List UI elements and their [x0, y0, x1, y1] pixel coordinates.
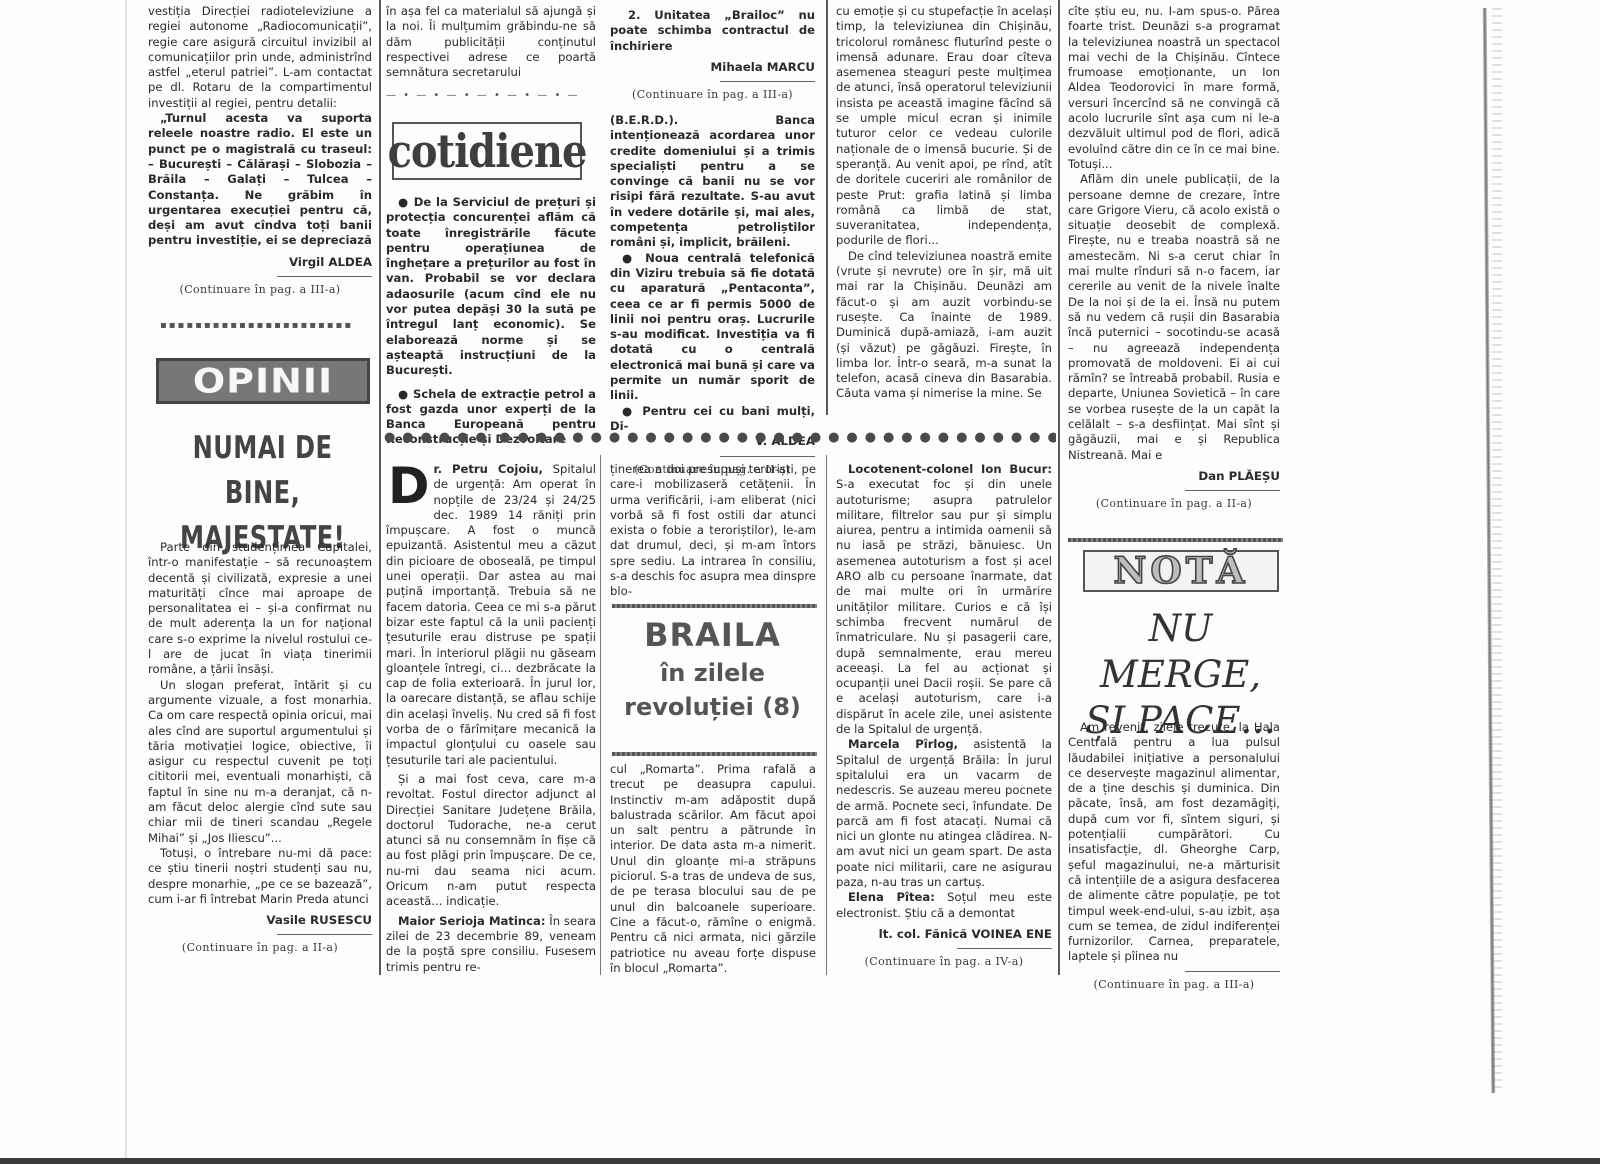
cotidiene-column-a: ● De la Serviciul de prețuri și protecți…	[386, 195, 596, 448]
signature-rule	[1185, 971, 1280, 972]
article-nota-body: Am revenit, zilele trecute, la Hala Cent…	[1068, 720, 1280, 992]
title-rule-bottom	[612, 752, 817, 756]
news-item: (B.E.R.D.). Banca intenționează acordare…	[610, 113, 815, 251]
headline-line: NU MERGE,	[1068, 606, 1293, 698]
paragraph: Un slogan preferat, întărit și cu argume…	[148, 678, 372, 846]
ornament-divider: — • — • — • — • — • — • —	[386, 90, 598, 101]
paragraph: vestiția Direcției radioteleviziune a re…	[148, 4, 372, 111]
paragraph: Aflăm din unele publicații, de la persoa…	[1068, 172, 1280, 463]
speaker-name: r. Petru Cojoiu,	[434, 462, 543, 476]
headline-line: BRAILA	[605, 614, 820, 656]
column-rule	[1058, 0, 1060, 520]
signature-rule	[720, 81, 815, 82]
paragraph: cu emoție și cu stupefacție în același t…	[836, 4, 1052, 249]
paragraph: în așa fel ca materialul să ajungă și la…	[386, 4, 596, 80]
section-header-text: cotidiene	[388, 124, 587, 178]
speaker-name: Locotenent-colonel Ion Bucur:	[848, 462, 1052, 476]
section-header-text: OPINII	[193, 361, 333, 401]
article-chisinau-continuation: cu emoție și cu stupefacție în același t…	[836, 4, 1052, 402]
paragraph: Maior Serioja Matinca: În seara zilei de…	[386, 914, 596, 975]
article-adresa-continuation: în așa fel ca materialul să ajungă și la…	[386, 4, 596, 80]
continuation-note: (Continuare în pag. a IV-a)	[836, 954, 1052, 969]
column-rule	[600, 455, 601, 975]
author-signature: Vasile RUSESCU	[148, 913, 372, 928]
ornament-divider: ▪▪▪▪▪▪▪▪▪▪▪▪▪▪▪▪▪▪▪▪▪▪	[160, 320, 372, 331]
paragraph: Locotenent-colonel Ion Bucur: S-a execut…	[836, 462, 1052, 737]
signature-rule	[957, 948, 1052, 949]
nota-top-rule	[1068, 538, 1283, 542]
paragraph: Marcela Pîrlog, asistentă la Spitalul de…	[836, 737, 1052, 890]
braila-column-a: Dr. Petru Cojoiu, Spitalul de urgență: A…	[386, 462, 596, 975]
scan-page-edge-shadow	[1492, 8, 1502, 1093]
drop-cap: D	[388, 464, 430, 508]
paragraph-text: S-a executat foc și din unele autoturism…	[836, 477, 1052, 736]
paragraph: Dr. Petru Cojoiu, Spitalul de urgență: A…	[386, 462, 596, 768]
paragraph: cul „Romarta”. Prima rafală a trecut pe …	[610, 762, 816, 976]
braila-column-b-top: ținerea a doi presupuși teroriști, pe ca…	[610, 462, 816, 600]
continuation-note: (Continuare în pag. a III-a)	[610, 87, 815, 102]
headline-braila-revolutie: BRAILA în zilele revoluției (8)	[605, 614, 820, 724]
article-basarabia-continuation: cîte știu eu, nu. I-am spus-o. Părea foa…	[1068, 4, 1280, 512]
author-signature: Virgil ALDEA	[148, 255, 372, 270]
scan-bottom-border	[0, 1158, 1600, 1164]
news-item: ● Noua centrală telefonică din Viziru tr…	[610, 251, 815, 404]
paragraph: 2. Unitatea „Brailoc” nu poate schimba c…	[610, 8, 815, 54]
signature-rule	[277, 276, 372, 277]
dotted-section-divider: ● ● ● ● ● ● ● ● ● ● ● ● ● ● ● ● ● ● ● ● …	[384, 430, 1056, 445]
speaker-name: Maior Serioja Matinca:	[398, 914, 545, 928]
braila-column-c: Locotenent-colonel Ion Bucur: S-a execut…	[836, 462, 1052, 970]
news-item: ● De la Serviciul de prețuri și protecți…	[386, 195, 596, 379]
paragraph: Și a mai fost ceva, care m-a revoltat. F…	[386, 772, 596, 910]
paragraph: Elena Pîtea: Soțul meu este electronist.…	[836, 890, 1052, 921]
continuation-note: (Continuare în pag. a II-a)	[148, 940, 372, 955]
paragraph-quote: „Turnul acesta va suporta releele noastr…	[148, 111, 372, 249]
continuation-note: (Continuare în pag. a II-a)	[1068, 496, 1280, 511]
column-rule	[826, 455, 827, 975]
paragraph-text: asistentă la Spitalul de urgență Brăila:…	[836, 737, 1052, 889]
column-rule	[826, 0, 828, 415]
braila-column-b-bottom: cul „Romarta”. Prima rafală a trecut pe …	[610, 762, 816, 976]
column-rule	[1058, 520, 1060, 975]
author-signature: Dan PLĂEȘU	[1068, 469, 1280, 484]
paragraph: Am revenit, zilele trecute, la Hala Cent…	[1068, 720, 1280, 965]
article-brailoc-continuation: 2. Unitatea „Brailoc” nu poate schimba c…	[610, 8, 815, 102]
paragraph: Totuși, o întrebare nu-mi dă pace: ce șt…	[148, 846, 372, 907]
signature-rule	[1185, 490, 1280, 491]
section-header-opinii: OPINII	[156, 358, 370, 404]
title-rule-top	[612, 604, 817, 608]
speaker-name: Marcela Pîrlog,	[848, 737, 958, 751]
article-opinii-body: Parte din studențimea Capitalei, într-o …	[148, 540, 372, 956]
headline-line: NUMAI DE BINE,	[167, 426, 358, 516]
article-radiocomunicatii-continuation: vestiția Direcției radioteleviziune a re…	[148, 4, 372, 297]
paragraph: ținerea a doi presupuși teroriști, pe ca…	[610, 462, 816, 600]
signature-rule	[720, 456, 815, 457]
author-signature: Mihaela MARCU	[610, 60, 815, 75]
cotidiene-column-b: (B.E.R.D.). Banca intenționează acordare…	[610, 113, 815, 477]
headline-line: revoluției (8)	[605, 690, 820, 724]
signature-rule	[277, 934, 372, 935]
paragraph: cîte știu eu, nu. I-am spus-o. Părea foa…	[1068, 4, 1280, 172]
section-header-text: NOTĂ	[1114, 550, 1249, 592]
headline-line: în zilele	[605, 656, 820, 690]
column-rule	[379, 0, 381, 975]
scanned-newspaper-page: vestiția Direcției radioteleviziune a re…	[0, 0, 1600, 1164]
continuation-note: (Continuare în pag. a III-a)	[1068, 977, 1280, 992]
author-signature: lt. col. Fănică VOINEA ENE	[836, 927, 1052, 942]
continuation-note: (Continuare în pag. a III-a)	[148, 282, 372, 297]
scan-left-shadow	[125, 0, 127, 1164]
section-header-nota: NOTĂ	[1083, 550, 1279, 592]
paragraph: De cînd televiziunea noastră emite (vrut…	[836, 249, 1052, 402]
section-header-cotidiene: cotidiene	[392, 122, 582, 180]
paragraph: Parte din studențimea Capitalei, într-o …	[148, 540, 372, 678]
speaker-name: Elena Pîtea:	[848, 890, 935, 904]
